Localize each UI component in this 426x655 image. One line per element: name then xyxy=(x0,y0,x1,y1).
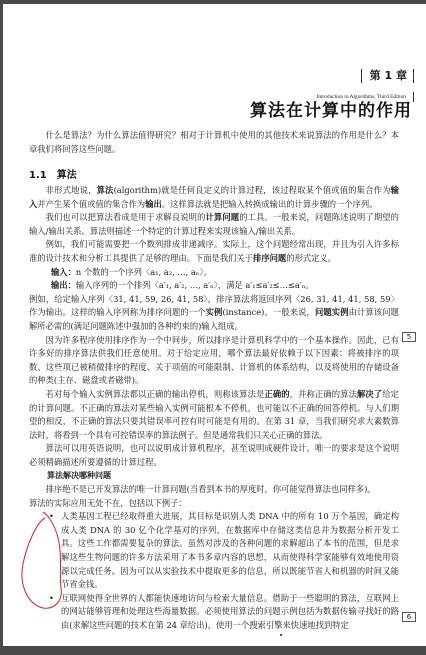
margin-page-number: 5 xyxy=(402,332,416,342)
paragraph-4: 例如，给定输入序列〈31, 41, 59, 26, 41, 58〉，排序算法将返… xyxy=(29,293,399,334)
paragraph-8: 排序绝不是已开发算法的唯一计算问题(当看到本书的厚度时，你可能觉得算法也同样多)… xyxy=(29,483,399,497)
paragraph-9: 算法的实际应用无处不在，包括以下例子： xyxy=(29,497,399,511)
list-item: •人类基因工程已经取得重大进展，其目标是识别人类 DNA 中的所有 10 万个基… xyxy=(29,510,399,592)
example-list: •人类基因工程已经取得重大进展，其目标是识别人类 DNA 中的所有 10 万个基… xyxy=(29,510,399,632)
formal-output: 输出：输入序列的一个排列〈a′₁, a′₂, …, a′ₙ〉，满足 a′₁≤a′… xyxy=(29,279,399,293)
chapter-label: 第 1 章 xyxy=(361,69,414,83)
section-number: 1.1 xyxy=(29,170,47,181)
paragraph-2: 我们也可以把算法看成是用于求解良说明的计算问题的工具。一般来说，问题陈述说明了期… xyxy=(29,211,399,238)
paragraph-3: 例如，我们可能需要把一个数列排成非递减序。实际上，这个问题经常出现，并且为引入许… xyxy=(29,238,399,265)
paragraph-6: 若对每个输入实例算法都以正确的输出停机，则称该算法是正确的，并称正确的算法解决了… xyxy=(29,388,399,442)
paragraph-7: 算法可以用英语说明，也可以说明成计算机程序，甚至说明成硬件设计。唯一的要求是这个… xyxy=(29,442,399,469)
paragraph-1: 非形式地说，算法(algorithm)就是任何良定义的计算过程，该过程取某个值或… xyxy=(29,184,399,211)
intro-text: 什么是算法？为什么算法值得研究？相对于计算机中使用的其他技术来说算法的作用是什么… xyxy=(29,129,399,156)
list-item: •互联网使得全世界的人都能快速地访问与检索大量信息。借助于一些聪明的算法，互联网… xyxy=(29,592,399,633)
section-title: 算法 xyxy=(57,170,77,181)
handwritten-annotation-icon xyxy=(17,504,67,614)
subheading: 算法解决哪种问题 xyxy=(29,469,399,483)
paragraph-5: 因为许多程序使用排序作为一个中间步，所以排序是计算机科学中的一个基本操作。因此，… xyxy=(29,334,399,388)
chapter-title: 算法在计算中的作用 xyxy=(250,96,412,121)
margin-page-number: 6 xyxy=(402,612,416,622)
formal-input: 输入：n 个数的一个序列〈a₁, a₂, …, aₙ〉。 xyxy=(29,266,399,280)
body-text: 非形式地说，算法(algorithm)就是任何良定义的计算过程，该过程取某个值或… xyxy=(29,184,399,633)
document-page: 第 1 章 Introduction to Algorithms, Third … xyxy=(3,4,426,646)
intro-paragraph: 什么是算法？为什么算法值得研究？相对于计算机中使用的其他技术来说算法的作用是什么… xyxy=(29,129,399,156)
page-mark xyxy=(280,634,282,636)
section-heading: 1.1算法 xyxy=(29,166,77,181)
